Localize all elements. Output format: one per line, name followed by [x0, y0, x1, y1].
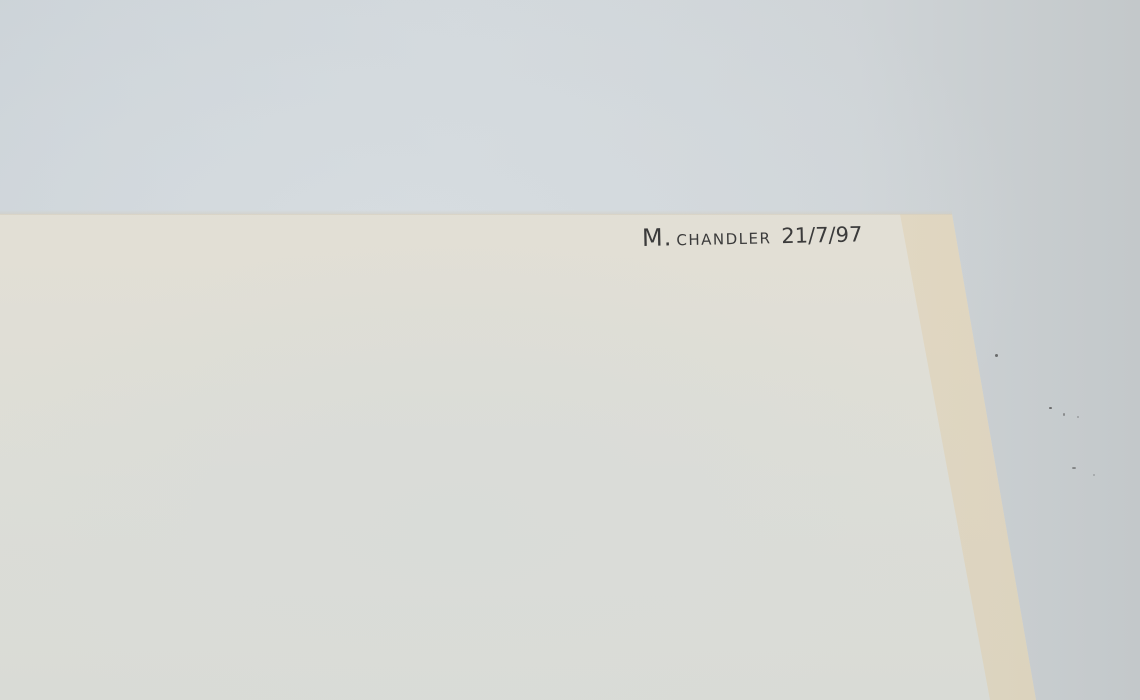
dust-speck [1072, 467, 1076, 469]
dust-speck [995, 354, 998, 357]
paper-top-edge [0, 210, 952, 215]
inscription-date: 21/7/97 [781, 222, 862, 248]
dust-speck [1077, 416, 1079, 418]
inscription-initial: M. [642, 223, 673, 252]
dust-speck [1049, 407, 1052, 409]
dust-speck [1063, 413, 1065, 416]
handwritten-inscription: M.CHANDLER21/7/97 [642, 219, 863, 252]
dust-speck [1093, 474, 1095, 476]
inscription-name: CHANDLER [676, 229, 771, 249]
